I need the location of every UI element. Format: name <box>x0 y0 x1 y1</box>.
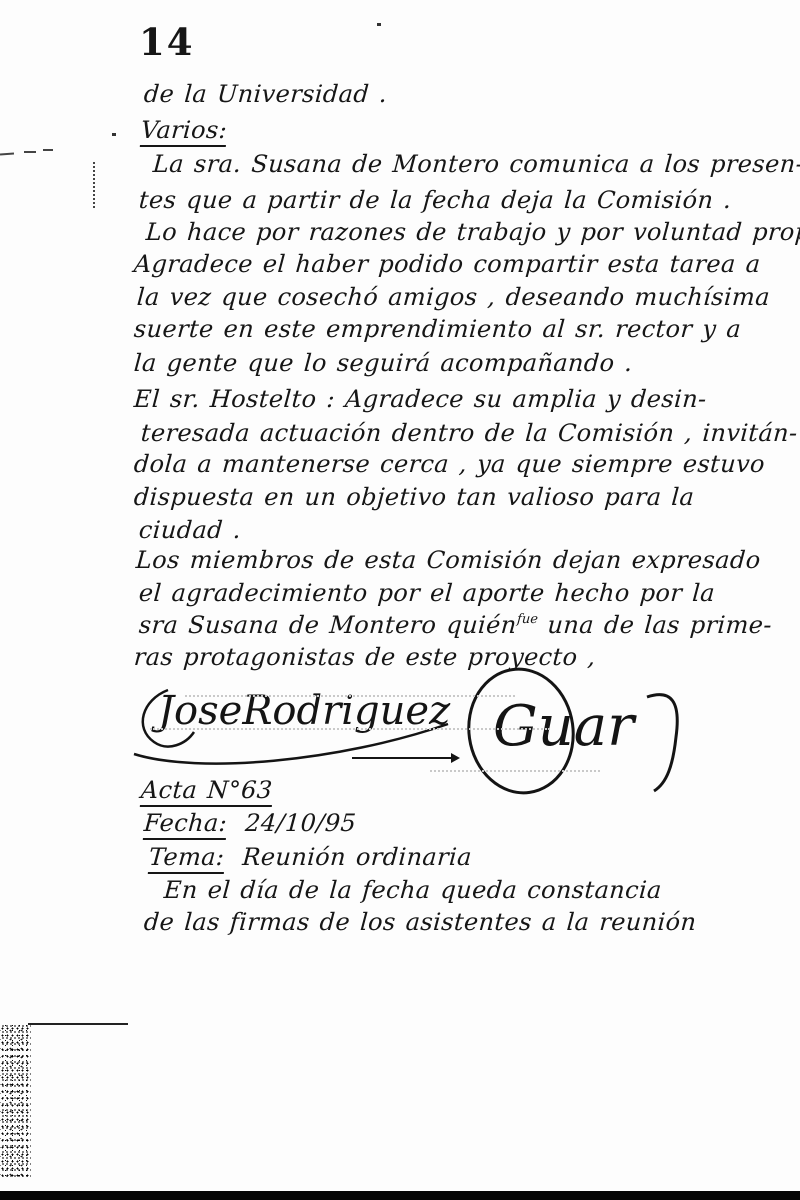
fecha-value: 24/10/95 <box>244 809 357 837</box>
inserted-word: fue <box>517 612 539 627</box>
acta-title-line: Acta N°63 <box>140 776 273 804</box>
handwriting-line: la gente que lo seguirá acompañando . <box>133 349 634 377</box>
page-number: 14 <box>139 20 195 64</box>
handwriting-line: Los miembros de esta Comisión dejan expr… <box>135 546 762 574</box>
signature-left-flourish: JoseRodriguez <box>128 662 468 787</box>
handwriting-line: En el día de la fecha queda constancia <box>163 876 663 904</box>
line-text: una de las prime- <box>547 611 773 639</box>
margin-vertical-streak <box>93 162 95 208</box>
scan-artifact-line <box>150 728 550 730</box>
scan-speck <box>112 133 116 136</box>
scan-artifact-line <box>185 695 515 697</box>
handwriting-line-with-insertion: sra Susana de Montero quiénfue una de la… <box>138 611 773 639</box>
underlined-heading: Varios: <box>140 116 228 147</box>
handwriting-line: tes que a partir de la fecha deja la Com… <box>138 186 732 214</box>
handwriting-line: suerte en este emprendimiento al sr. rec… <box>133 315 742 343</box>
scan-speck <box>377 23 381 26</box>
margin-mark <box>0 153 14 156</box>
fecha-line: Fecha:24/10/95 <box>143 809 357 837</box>
handwriting-line: Varios: <box>140 116 228 144</box>
handwriting-line: El sr. Hostelto : Agradece su amplia y d… <box>133 385 708 413</box>
margin-mark <box>43 149 53 151</box>
tema-line: Tema:Reunión ordinaria <box>148 843 473 871</box>
handwriting-line: Lo hace por razones de trabajo y por vol… <box>145 218 800 246</box>
scan-artifact-line <box>430 770 600 772</box>
line-text: sra Susana de Montero quién <box>138 611 518 639</box>
handwriting-line: ciudad . <box>138 516 242 544</box>
handwriting-line: dispuesta en un objetivo tan valioso par… <box>133 483 695 511</box>
fecha-label: Fecha: <box>143 809 228 840</box>
margin-mark <box>24 151 36 153</box>
handwriting-line: Agradece el haber podido compartir esta … <box>133 250 762 278</box>
handwriting-line: La sra. Susana de Montero comunica a los… <box>152 150 800 178</box>
handwriting-line: teresada actuación dentro de la Comisión… <box>140 419 799 447</box>
noise-patch-top-line <box>28 1023 128 1025</box>
handwriting-line: de las firmas de los asistentes a la reu… <box>143 908 697 936</box>
divider-arrowhead <box>451 753 460 763</box>
acta-number: Acta N°63 <box>140 776 274 807</box>
handwriting-line: la vez que cosechó amigos , deseando muc… <box>136 283 771 311</box>
signature-right-name: Guar <box>493 694 637 759</box>
scan-edge-bar <box>0 1191 800 1200</box>
signature-left: JoseRodriguez <box>128 662 468 791</box>
tema-value: Reunión ordinaria <box>242 843 473 871</box>
scanned-document-page: 14 de la Universidad . Varios: La sra. S… <box>0 0 800 1200</box>
signature-divider-stroke <box>352 757 452 759</box>
handwriting-line: dola a mantenerse cerca , ya que siempre… <box>133 450 766 478</box>
signature-hook-stroke <box>647 695 677 791</box>
halftone-noise-patch <box>0 1025 31 1177</box>
handwriting-line: de la Universidad . <box>143 80 388 108</box>
handwriting-line: el agradecimiento por el aporte hecho po… <box>138 579 716 607</box>
tema-label: Tema: <box>148 843 226 874</box>
